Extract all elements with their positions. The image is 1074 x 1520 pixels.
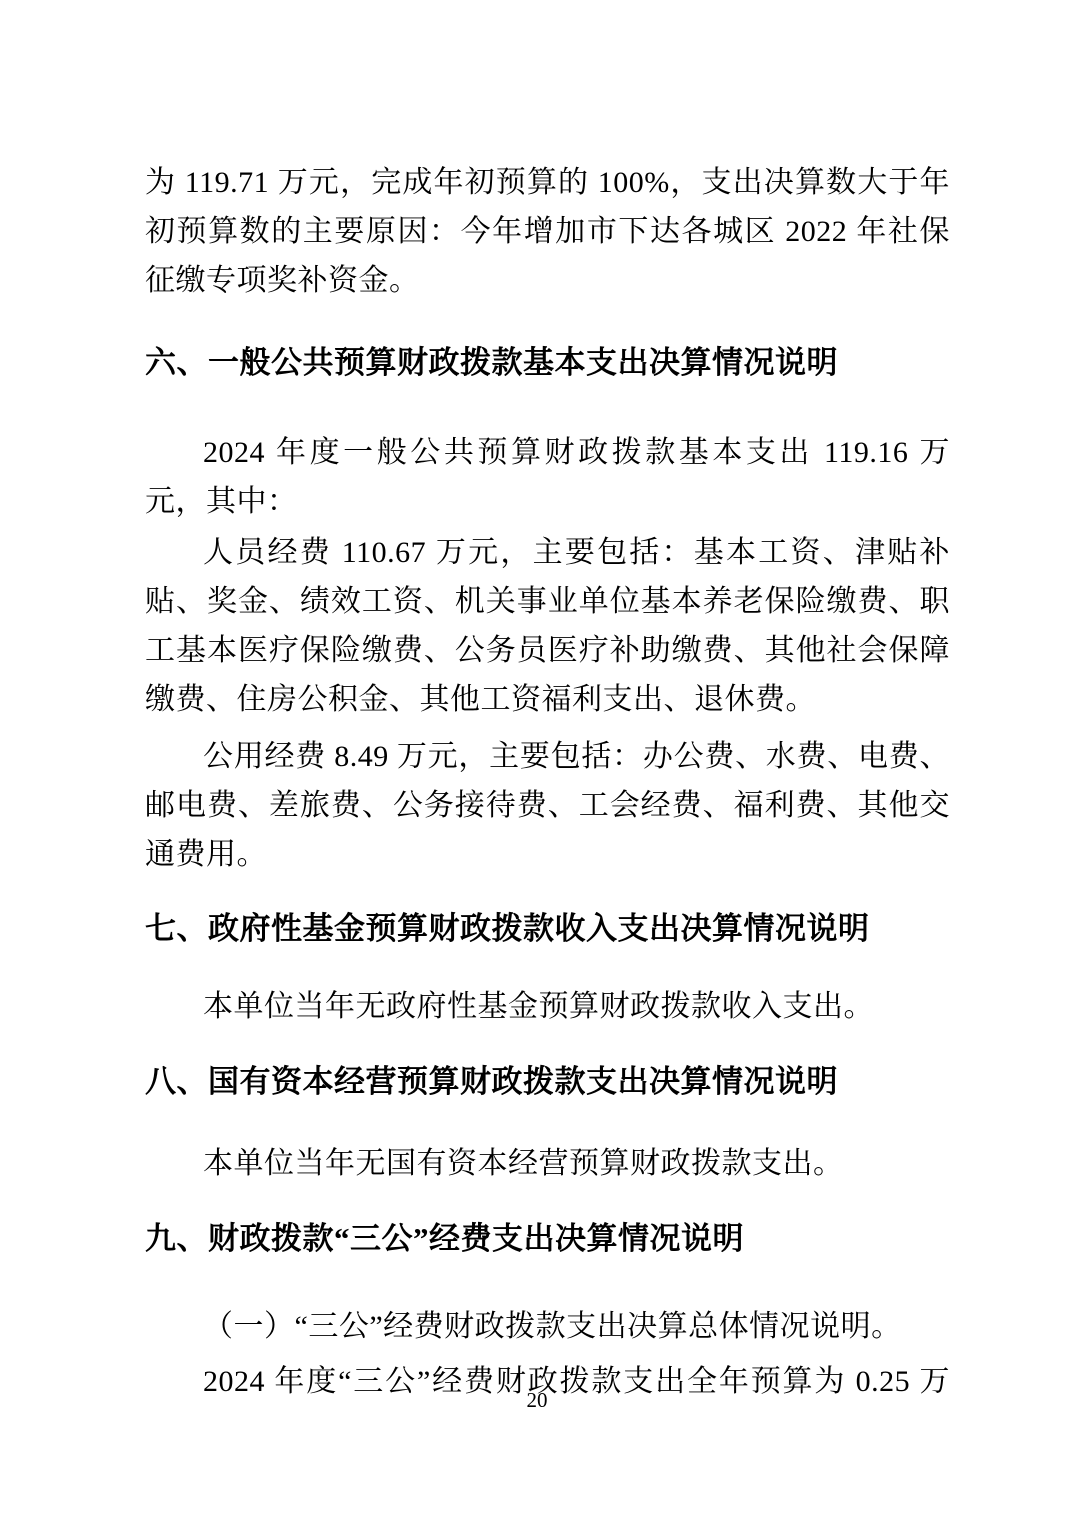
section-heading-6: 六、一般公共预算财政拨款基本支出决算情况说明	[145, 336, 950, 390]
paragraph-public-funds: 公用经费 8.49 万元，主要包括：办公费、水费、电费、邮电费、差旅费、公务接待…	[145, 732, 950, 879]
paragraph-carryover: 为 119.71 万元，完成年初预算的 100%，支出决算数大于年初预算数的主要…	[145, 158, 950, 305]
section-heading-9: 九、财政拨款“三公”经费支出决算情况说明	[145, 1212, 950, 1266]
paragraph-sangong-overview: （一）“三公”经费财政拨款支出决算总体情况说明。	[145, 1302, 950, 1351]
paragraph-basic-expenditure-total: 2024 年度一般公共预算财政拨款基本支出 119.16 万元，其中：	[145, 428, 950, 526]
section-heading-7: 七、政府性基金预算财政拨款收入支出决算情况说明	[145, 902, 950, 956]
page-number: 20	[0, 1388, 1074, 1412]
paragraph-personnel-funds: 人员经费 110.67 万元，主要包括：基本工资、津贴补贴、奖金、绩效工资、机关…	[145, 528, 950, 724]
section-heading-8: 八、国有资本经营预算财政拨款支出决算情况说明	[145, 1055, 950, 1109]
document-page: 为 119.71 万元，完成年初预算的 100%，支出决算数大于年初预算数的主要…	[0, 0, 1074, 1520]
paragraph-no-state-capital: 本单位当年无国有资本经营预算财政拨款支出。	[145, 1139, 950, 1188]
paragraph-no-government-fund: 本单位当年无政府性基金预算财政拨款收入支出。	[145, 982, 950, 1031]
document-content: 为 119.71 万元，完成年初预算的 100%，支出决算数大于年初预算数的主要…	[145, 158, 950, 1406]
